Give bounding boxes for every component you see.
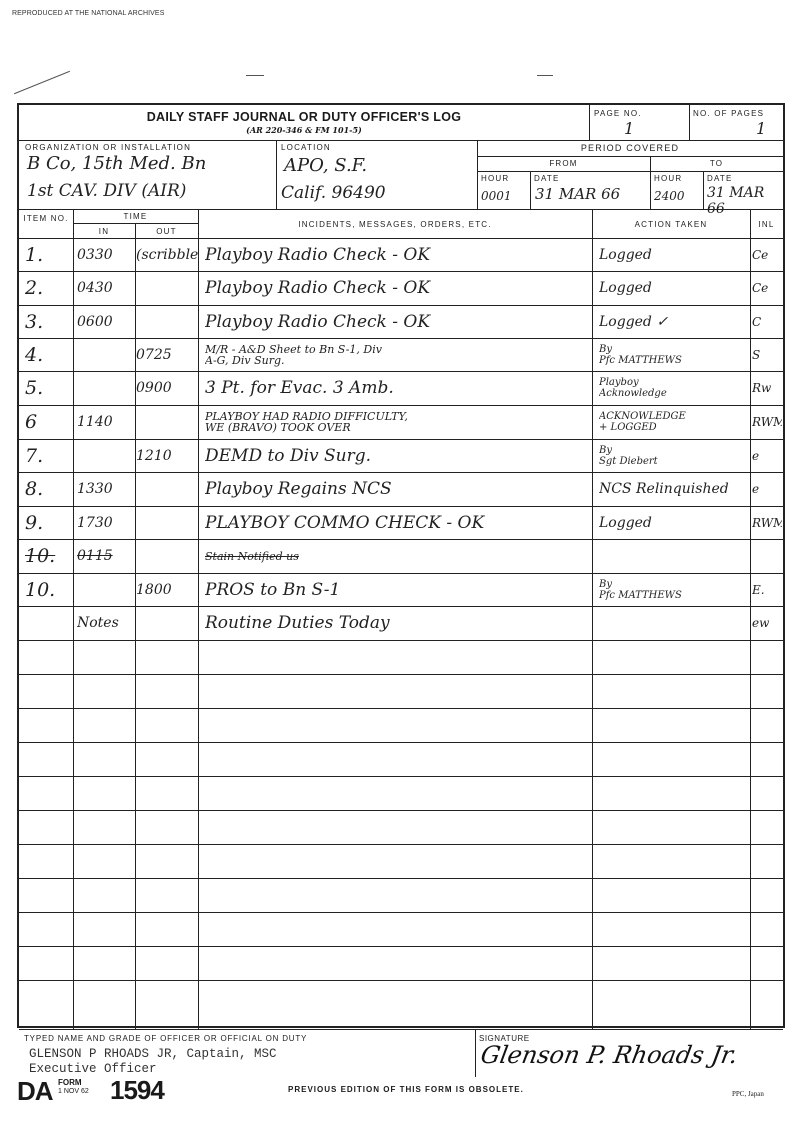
organization-line-1[interactable]: B Co, 15th Med. Bn bbox=[27, 153, 206, 174]
table-row[interactable]: 7.1210DEMD to Div Surg.BySgt Dieberte bbox=[19, 439, 783, 472]
table-row[interactable]: 10.1800PROS to Bn S-1ByPfc MATTHEWSE. bbox=[19, 573, 783, 606]
time-out[interactable] bbox=[136, 606, 198, 640]
incident-line: A-G, Div Surg. bbox=[205, 355, 285, 366]
location-label: LOCATION bbox=[281, 143, 331, 152]
incident-text[interactable]: DEMD to Div Surg. bbox=[205, 439, 590, 472]
time-out[interactable]: 1800 bbox=[136, 573, 198, 606]
item-number[interactable]: 5. bbox=[25, 371, 73, 405]
time-in[interactable]: 1330 bbox=[77, 472, 135, 506]
typed-name-label: TYPED NAME AND GRADE OF OFFICER OR OFFIC… bbox=[24, 1034, 307, 1043]
time-out[interactable] bbox=[136, 405, 198, 439]
action-taken-header: ACTION TAKEN bbox=[592, 220, 750, 229]
incident-text[interactable]: M/R - A&D Sheet to Bn S-1, DivA-G, Div S… bbox=[205, 338, 590, 371]
printer-note: PPC, Japan bbox=[732, 1090, 764, 1098]
incidents-header: INCIDENTS, MESSAGES, ORDERS, ETC. bbox=[198, 220, 592, 229]
from-hour-label: HOUR bbox=[481, 174, 509, 183]
action-line: By bbox=[599, 579, 612, 590]
time-in[interactable] bbox=[77, 439, 135, 472]
row-divider bbox=[19, 640, 783, 641]
initials[interactable]: Ce bbox=[752, 238, 782, 271]
time-out[interactable] bbox=[136, 506, 198, 539]
action-line: Acknowledge bbox=[599, 388, 667, 399]
incident-text[interactable]: Playboy Radio Check - OK bbox=[205, 271, 590, 305]
form-title: DAILY STAFF JOURNAL OR DUTY OFFICER'S LO… bbox=[19, 110, 589, 124]
action-taken[interactable]: Logged bbox=[599, 238, 749, 271]
incident-text[interactable]: Playboy Radio Check - OK bbox=[205, 305, 590, 338]
organization-line-2[interactable]: 1st CAV. DIV (AIR) bbox=[27, 181, 186, 201]
action-taken[interactable]: ByPfc MATTHEWS bbox=[599, 573, 749, 606]
form-word: FORM 1 NOV 62 bbox=[58, 1078, 89, 1096]
time-in[interactable]: Notes bbox=[77, 606, 135, 640]
table-row[interactable]: NotesRoutine Duties Todayew bbox=[19, 606, 783, 640]
item-number[interactable]: 1. bbox=[25, 238, 73, 271]
item-number[interactable]: 9. bbox=[25, 506, 73, 539]
table-row[interactable]: 5.09003 Pt. for Evac. 3 Amb.PlayboyAckno… bbox=[19, 371, 783, 405]
incident-line: WE (BRAVO) TOOK OVER bbox=[205, 422, 351, 433]
row-divider bbox=[19, 946, 783, 947]
time-in[interactable]: 0600 bbox=[77, 305, 135, 338]
incident-line: M/R - A&D Sheet to Bn S-1, Div bbox=[205, 344, 382, 355]
time-in[interactable] bbox=[77, 338, 135, 371]
incident-text[interactable]: Playboy Regains NCS bbox=[205, 472, 590, 506]
location-line-1[interactable]: APO, S.F. bbox=[284, 155, 367, 176]
action-line: Playboy bbox=[599, 377, 639, 388]
table-row[interactable]: 4.0725M/R - A&D Sheet to Bn S-1, DivA-G,… bbox=[19, 338, 783, 371]
typed-title-value[interactable]: Executive Officer bbox=[29, 1062, 157, 1076]
incident-text[interactable]: Routine Duties Today bbox=[205, 606, 590, 640]
initials[interactable]: ew bbox=[752, 606, 782, 640]
initials[interactable]: Rw bbox=[752, 371, 782, 405]
time-out[interactable] bbox=[136, 539, 198, 573]
initials[interactable]: RWM bbox=[752, 506, 782, 539]
from-label: FROM bbox=[477, 159, 650, 168]
inl-header: INL bbox=[750, 220, 783, 229]
time-out[interactable]: 1210 bbox=[136, 439, 198, 472]
initials[interactable]: e bbox=[752, 472, 782, 506]
table-row[interactable]: 9.1730PLAYBOY COMMO CHECK - OKLoggedRWM bbox=[19, 506, 783, 539]
action-line: By bbox=[599, 445, 612, 456]
location-line-2[interactable]: Calif. 96490 bbox=[281, 183, 386, 203]
row-divider bbox=[19, 844, 783, 845]
to-date-value[interactable]: 31 MAR 66 bbox=[707, 185, 783, 217]
item-no-header: ITEM NO. bbox=[21, 214, 71, 224]
action-taken[interactable]: ACKNOWLEDGE+ LOGGED bbox=[599, 405, 749, 439]
row-divider bbox=[19, 912, 783, 913]
initials[interactable]: e bbox=[752, 439, 782, 472]
no-of-pages-label: NO. OF PAGES bbox=[693, 109, 764, 118]
to-label: TO bbox=[650, 159, 783, 168]
action-line: Pfc MATTHEWS bbox=[599, 590, 682, 601]
item-number[interactable]: 8. bbox=[25, 472, 73, 506]
archive-stamp: REPRODUCED AT THE NATIONAL ARCHIVES bbox=[12, 10, 164, 17]
action-taken[interactable]: Logged bbox=[599, 271, 749, 305]
action-taken[interactable]: Logged ✓ bbox=[599, 305, 749, 338]
incident-text[interactable]: PLAYBOY HAD RADIO DIFFICULTY,WE (BRAVO) … bbox=[205, 405, 590, 439]
initials[interactable]: C bbox=[752, 305, 782, 338]
stray-mark bbox=[14, 71, 70, 94]
row-divider bbox=[19, 742, 783, 743]
action-taken[interactable]: BySgt Diebert bbox=[599, 439, 749, 472]
typed-name-value[interactable]: GLENSON P RHOADS JR, Captain, MSC bbox=[29, 1047, 277, 1061]
item-number[interactable]: 7. bbox=[25, 439, 73, 472]
to-date-label: DATE bbox=[707, 174, 733, 183]
form-date: 1 NOV 62 bbox=[58, 1087, 89, 1096]
row-divider bbox=[19, 674, 783, 675]
form-prefix: DA bbox=[17, 1076, 53, 1107]
item-number[interactable]: 10. bbox=[25, 539, 73, 573]
item-number[interactable] bbox=[25, 606, 73, 640]
table-row[interactable]: 1.0330(scribble)Playboy Radio Check - OK… bbox=[19, 238, 783, 271]
page-no-label: PAGE NO. bbox=[594, 109, 642, 118]
row-divider bbox=[19, 776, 783, 777]
time-out-header: OUT bbox=[135, 227, 198, 236]
stray-mark bbox=[537, 75, 553, 76]
edition-note: PREVIOUS EDITION OF THIS FORM IS OBSOLET… bbox=[288, 1085, 524, 1094]
time-in[interactable] bbox=[77, 371, 135, 405]
time-in[interactable]: 1730 bbox=[77, 506, 135, 539]
stray-mark bbox=[246, 75, 264, 76]
time-out[interactable] bbox=[136, 472, 198, 506]
initials[interactable]: RWM bbox=[752, 405, 782, 439]
time-in[interactable] bbox=[77, 573, 135, 606]
action-taken[interactable]: NCS Relinquished bbox=[599, 472, 749, 506]
table-row[interactable]: 3.0600Playboy Radio Check - OKLogged ✓C bbox=[19, 305, 783, 338]
row-divider bbox=[19, 980, 783, 981]
incident-text[interactable]: Stain Notified us bbox=[205, 539, 590, 573]
initials[interactable]: Ce bbox=[752, 271, 782, 305]
action-line: Sgt Diebert bbox=[599, 456, 658, 467]
period-covered-label: PERIOD COVERED bbox=[477, 143, 783, 153]
item-number[interactable]: 10. bbox=[25, 573, 73, 606]
time-in[interactable]: 0330 bbox=[77, 238, 135, 271]
form-subtitle: (AR 220-346 & FM 101-5) bbox=[19, 125, 589, 135]
incident-text[interactable]: Playboy Radio Check - OK bbox=[205, 238, 590, 271]
action-line: + LOGGED bbox=[599, 422, 657, 433]
incident-text[interactable]: PLAYBOY COMMO CHECK - OK bbox=[205, 506, 590, 539]
to-hour-label: HOUR bbox=[654, 174, 682, 183]
no-of-pages-value[interactable]: 1 bbox=[756, 119, 766, 138]
incident-text[interactable]: 3 Pt. for Evac. 3 Amb. bbox=[205, 371, 590, 405]
from-hour-value[interactable]: 0001 bbox=[481, 189, 512, 203]
table-row[interactable]: 8.1330Playboy Regains NCSNCS Relinquishe… bbox=[19, 472, 783, 506]
table-row[interactable]: 2.0430Playboy Radio Check - OKLoggedCe bbox=[19, 271, 783, 305]
time-header: TIME bbox=[73, 212, 198, 221]
table-row[interactable]: 10.0115Stain Notified us bbox=[19, 539, 783, 573]
time-out[interactable]: 0900 bbox=[136, 371, 198, 405]
action-line: Pfc MATTHEWS bbox=[599, 355, 682, 366]
row-divider bbox=[19, 810, 783, 811]
item-number[interactable]: 6 bbox=[25, 405, 73, 439]
form-number: 1594 bbox=[110, 1075, 164, 1106]
time-in-header: IN bbox=[73, 227, 135, 236]
form-word-text: FORM bbox=[58, 1078, 89, 1087]
time-in[interactable]: 0115 bbox=[77, 539, 135, 573]
time-in[interactable]: 0430 bbox=[77, 271, 135, 305]
to-hour-value[interactable]: 2400 bbox=[654, 189, 685, 203]
row-divider bbox=[19, 708, 783, 709]
time-out[interactable]: 0725 bbox=[136, 338, 198, 371]
signature-value[interactable]: Glenson P. Rhoads Jr. bbox=[479, 1041, 741, 1069]
item-number[interactable]: 3. bbox=[25, 305, 73, 338]
time-out[interactable] bbox=[136, 305, 198, 338]
initials[interactable] bbox=[752, 539, 782, 573]
item-number[interactable]: 2. bbox=[25, 271, 73, 305]
from-date-label: DATE bbox=[534, 174, 560, 183]
time-out[interactable] bbox=[136, 271, 198, 305]
action-taken[interactable] bbox=[599, 606, 749, 640]
action-line: By bbox=[599, 344, 612, 355]
row-divider bbox=[19, 878, 783, 879]
item-number[interactable]: 4. bbox=[25, 338, 73, 371]
incident-text[interactable]: PROS to Bn S-1 bbox=[205, 573, 590, 606]
table-row[interactable]: 61140PLAYBOY HAD RADIO DIFFICULTY,WE (BR… bbox=[19, 405, 783, 439]
action-taken[interactable]: PlayboyAcknowledge bbox=[599, 371, 749, 405]
page-no-value[interactable]: 1 bbox=[624, 119, 634, 138]
time-in[interactable]: 1140 bbox=[77, 405, 135, 439]
initials[interactable]: E. bbox=[752, 573, 782, 606]
action-taken[interactable] bbox=[599, 539, 749, 573]
action-taken[interactable]: Logged bbox=[599, 506, 749, 539]
from-date-value[interactable]: 31 MAR 66 bbox=[535, 185, 620, 203]
action-line: ACKNOWLEDGE bbox=[599, 411, 686, 422]
action-taken[interactable]: ByPfc MATTHEWS bbox=[599, 338, 749, 371]
initials[interactable]: S bbox=[752, 338, 782, 371]
duty-officer-log-form: DAILY STAFF JOURNAL OR DUTY OFFICER'S LO… bbox=[17, 103, 785, 1028]
time-out[interactable]: (scribble) bbox=[136, 238, 198, 271]
incident-line: Stain Notified us bbox=[205, 551, 299, 562]
organization-label: ORGANIZATION OR INSTALLATION bbox=[25, 143, 191, 152]
